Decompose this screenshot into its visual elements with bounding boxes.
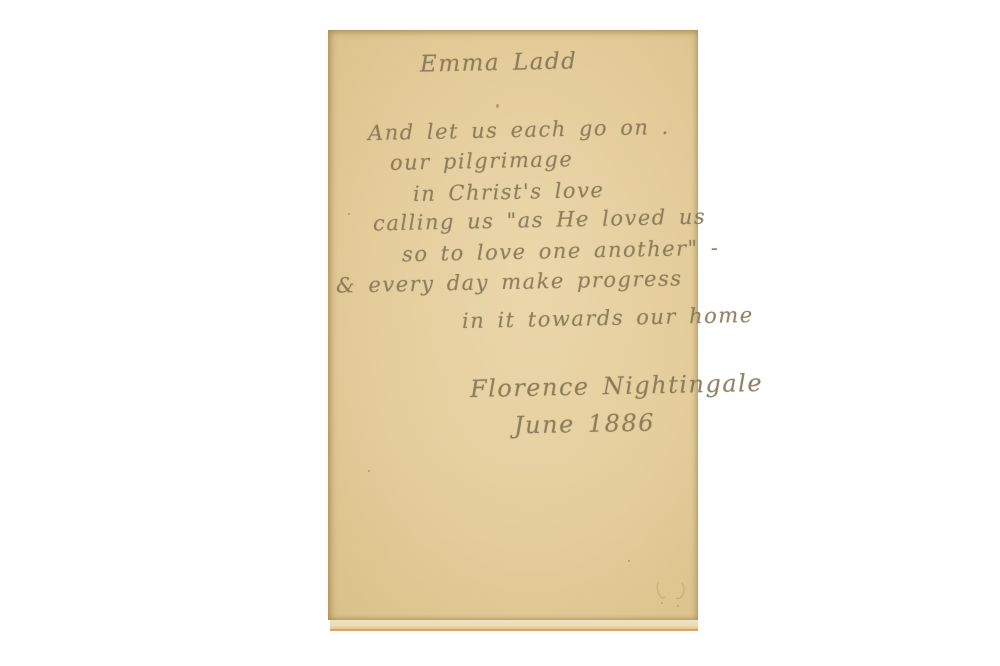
foxing-speck [348,213,350,215]
foxing-speck [628,560,630,562]
page-fore-edge [330,620,698,631]
foxing-speck [368,470,370,472]
handwritten-line: in Christ's love [413,178,605,206]
foxing-speck [576,218,578,220]
handwritten-line: calling us "as He loved us [373,205,707,236]
foxing-speck [496,104,499,108]
handwritten-line: And let us each go on . [368,115,670,145]
handwritten-line: in it towards our home [462,303,754,333]
handwritten-line: & every day make progress [336,266,683,297]
handwritten-line: so to love one another" - [402,236,720,267]
handwritten-recipient: Emma Ladd [420,48,578,77]
faint-pencil-marks [648,578,708,612]
handwritten-date: June 1886 [514,409,656,440]
handwritten-line: our pilgrimage [390,147,574,175]
handwritten-signature: Florence Nightingale [470,369,764,403]
auction-photo: Emma Ladd And let us each go on . our pi… [0,0,1000,666]
book-page: Emma Ladd And let us each go on . our pi… [328,30,698,620]
